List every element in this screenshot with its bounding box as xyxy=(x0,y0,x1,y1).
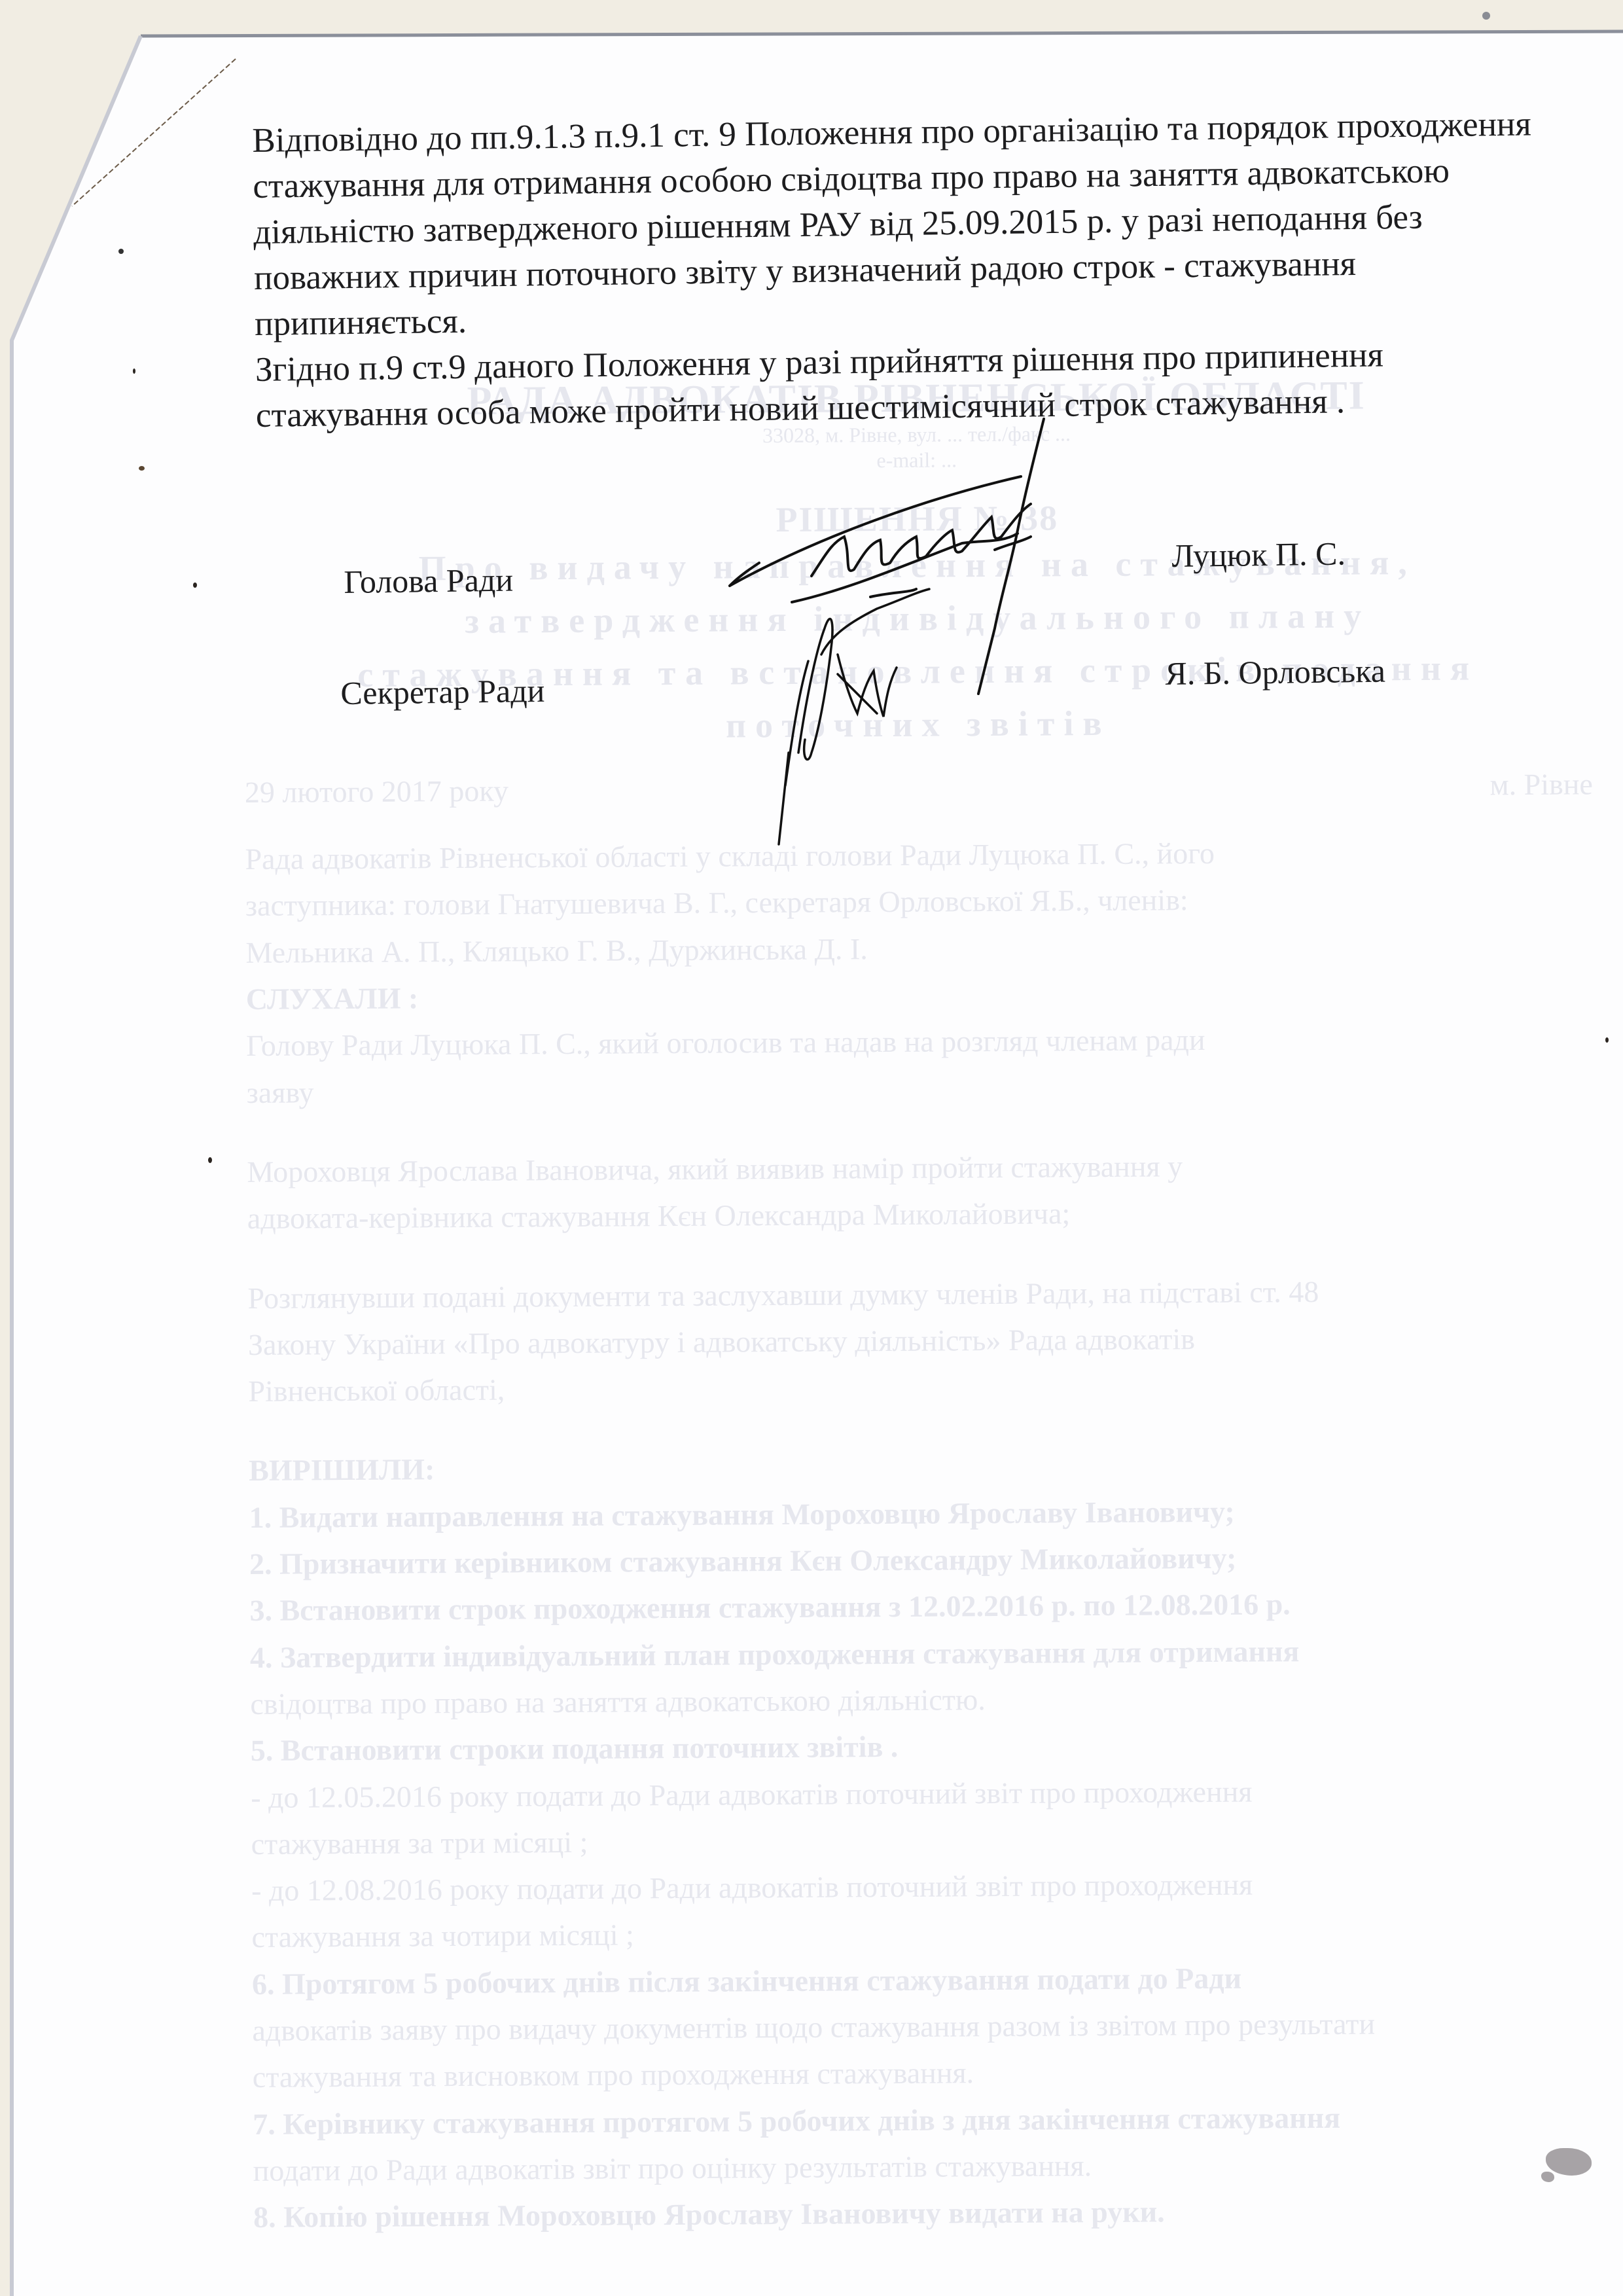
ghost-body-line: Закону України «Про адвокатуру і адвокат… xyxy=(248,1313,1596,1368)
scan-speck xyxy=(118,249,124,254)
ghost-body-line: Рада адвокатів Рівненської області у скл… xyxy=(245,828,1593,883)
ghost-body-line: стажування за три місяці ; xyxy=(251,1812,1599,1867)
ghost-body-line: - до 12.08.2016 року подати до Ради адво… xyxy=(251,1859,1599,1914)
ghost-body-line: 4. Затвердити індивідуальний план проход… xyxy=(250,1626,1598,1681)
ghost-body-line: адвокатів заяву про видачу документів що… xyxy=(252,1999,1600,2054)
ghost-body-line: подати до Ради адвокатів звіт про оцінку… xyxy=(253,2139,1601,2194)
ghost-body-line: 5. Встановити строки подання поточних зв… xyxy=(251,1719,1599,1774)
scan-speck xyxy=(139,466,145,471)
ghost-body-line: 8. Копію рішення Мороховцю Ярославу Іван… xyxy=(253,2186,1601,2241)
scan-speck xyxy=(208,1157,212,1163)
scan-speck xyxy=(133,368,135,374)
signature-name-chair: Луцюк П. С. xyxy=(1171,535,1346,575)
ghost-body-line: ВИРІШИЛИ: xyxy=(249,1439,1597,1494)
ghost-body-line: адвоката-керівника стажування Кєн Олекса… xyxy=(247,1187,1596,1242)
ghost-body-line: - до 12.05.2016 року подати до Ради адво… xyxy=(251,1766,1599,1821)
ghost-body-line: СЛУХАЛИ : xyxy=(246,967,1594,1022)
paragraph-line: припиняється. xyxy=(255,302,467,343)
ghost-body-line: 2. Призначити керівником стажування Кєн … xyxy=(249,1532,1597,1587)
ghost-body-line: Мороховця Ярослава Івановича, який вияви… xyxy=(247,1140,1595,1195)
scan-speck xyxy=(1605,1037,1609,1043)
paragraph-1: Відповідно до пп.9.1.3 п.9.1 ст. 9 Полож… xyxy=(252,100,1583,347)
ghost-body-line: Мельника А. П., Кляцько Г. В., Дуржинськ… xyxy=(245,921,1594,976)
ghost-body-line: Розглянувши подані документи та заслухав… xyxy=(247,1266,1596,1321)
bleed-through-text: РАДА АДВОКАТІВ РІВНЕНСЬКОЇ ОБЛАСТІ 33028… xyxy=(242,371,1601,2240)
ghost-body-line: 6. Протягом 5 робочих днів після закінче… xyxy=(252,1952,1600,2007)
scan-speck xyxy=(1482,12,1490,20)
scan-smudge xyxy=(1541,2172,1554,2182)
paragraph-line: стажування для отримання особою свідоцтв… xyxy=(253,152,1450,206)
ghost-body: Рада адвокатів Рівненської області у скл… xyxy=(245,828,1601,2241)
ghost-body-line: 3. Встановити строк проходження стажуван… xyxy=(249,1579,1597,1634)
ghost-date: 29 лютого 2017 року xyxy=(245,774,508,810)
paragraph-line: поважних причин поточного звіту у визнач… xyxy=(254,245,1356,297)
ghost-body-line: Рівненської області, xyxy=(248,1360,1596,1415)
ghost-body-line: 7. Керівнику стажування протягом 5 робоч… xyxy=(253,2092,1601,2147)
paragraph-line: діяльністю затвердженого рішенням РАУ ві… xyxy=(253,198,1423,251)
ghost-body-line: 1. Видати направлення на стажування Моро… xyxy=(249,1486,1597,1541)
signature-name-secretary: Я. Б. Орловська xyxy=(1165,652,1385,692)
scan-speck xyxy=(193,583,197,588)
ghost-place: м. Рівне xyxy=(1489,767,1593,802)
ghost-body-line: заяву xyxy=(246,1061,1594,1116)
paragraph-2: Згідно п.9 ст.9 даного Положення у разі … xyxy=(255,329,1585,439)
ghost-body-line: Голову Ради Луцюка П. С., який оголосив … xyxy=(246,1014,1594,1069)
ghost-body-line: стажування та висновком про проходження … xyxy=(253,2046,1601,2101)
document-body: Відповідно до пп.9.1.3 п.9.1 ст. 9 Полож… xyxy=(252,100,1584,439)
signature-position-chair: Голова Ради xyxy=(344,561,513,601)
signature-position-secretary: Секретар Ради xyxy=(340,672,545,712)
ghost-body-line: заступника: голови Гнатушевича В. Г., се… xyxy=(245,874,1594,929)
ghost-body-line: стажування за чотири місяці ; xyxy=(251,1906,1599,1961)
ghost-body-line: свідоцтва про право на заняття адвокатсь… xyxy=(250,1672,1598,1727)
